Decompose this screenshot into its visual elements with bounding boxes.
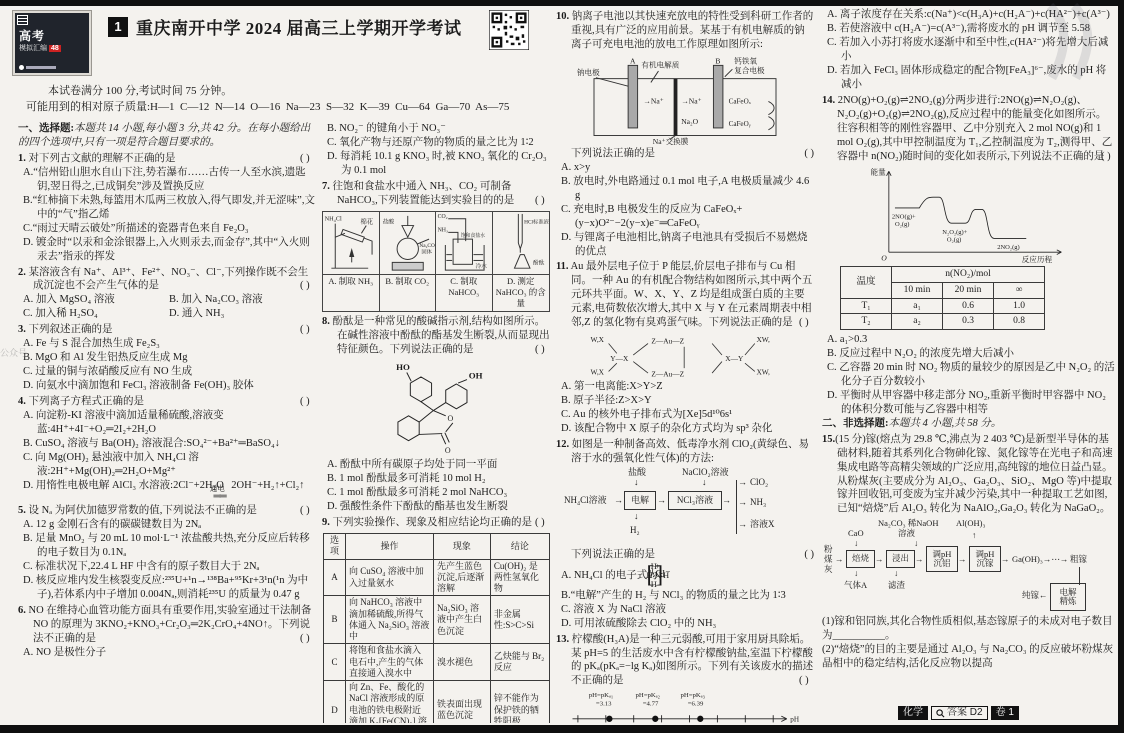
question-15: 15.(15 分)镓(熔点为 29.8 ℃,沸点为 2 403 ℃)是新型半导体… (822, 433, 1116, 672)
question-8-stem: 酚酞是一种常见的酸碱指示剂,结构如图所示。在碱性溶液中酚酞的酯基发生断裂,从而显… (333, 316, 550, 355)
question-14: 14. 2NO(g)+O₂(g)⇌2NO₂(g)分两步进行:2NO(g)⇌N₂O… (822, 94, 1116, 417)
gold-complex-structure: W,X Y—X W,X Z—Au—Z Z—Au—Z X—Y XW, XW, (587, 332, 783, 378)
section-1-label: 一、选择题: (18, 123, 74, 134)
q2-option-d: D. 通入 NH₃ (169, 307, 315, 321)
svg-text:CO₂: CO₂ (438, 214, 448, 220)
q1-option-a: A.“信州铅山胆水自山下注,势若瀑布……古传一人至水滨,遗匙钥,翌日得之,已成铜… (23, 166, 315, 194)
nahco3-synthesis-diagram: CO₂ NH₃ 饱和食盐水 冷水 (436, 212, 492, 274)
svg-text:NH₄Cl: NH₄Cl (325, 215, 342, 222)
q8-option-b: B. 1 mol 酚酞最多可消耗 10 mol H₂ (327, 472, 550, 486)
q12-option-c: C. 溶液 X 为 NaCl 溶液 (561, 603, 814, 617)
clo2-flowchart: 盐酸 ↓ NaClO₂溶液 ↓ NH₄Cl溶液 → 电解 → NCl₃溶液 → … (564, 468, 814, 546)
question-14-stem: 2NO(g)+O₂(g)⇌2NO₂(g)分两步进行:2NO(g)⇌N₂O₂(g)… (837, 95, 1112, 162)
q8-option-a: A. 酚酞中所有碳原子均处于同一平面 (327, 458, 550, 472)
svg-text:固体: 固体 (421, 247, 432, 255)
experiment-table: 选项操作 现象结论 A向 CuSO₄ 溶液中加入过量氨水先产生蓝色沉淀,后逐渐溶… (323, 533, 550, 723)
q11-option-c: C. Au 的核外电子排布式为[Xe]5d¹⁰6s¹ (561, 408, 814, 422)
cover-number-badge: 48 (49, 45, 61, 52)
svg-text:钠电极: 钠电极 (577, 67, 600, 77)
paper-instructions: 本试卷满分 100 分,考试时间 75 分钟。 可能用到的相对原子质量:H—1 … (26, 84, 548, 116)
question-13-stem: 柠檬酸(H₃A)是一种三元弱酸,可用于家用厨具除垢。某 pH=5 的生活废水中含… (571, 634, 813, 687)
column-4: A. 离子浓度存在关系:c(Na⁺)<c(H₃A)+c(H₂A⁻)+c(HA²⁻… (822, 8, 1116, 723)
panel-a-caption: A. 制取 NH₃ (323, 274, 379, 297)
q6-option-a: A. NO 是极性分子 (23, 646, 315, 660)
question-3: 3. 下列叙述正确的是( ) A. Fe 与 S 混合加热生成 Fe₂S₃ B.… (18, 323, 315, 393)
svg-text:HO: HO (396, 362, 410, 372)
apparatus-panels: NH₄Cl 棉花 A. 制取 NH₃ 盐酸 (322, 211, 550, 312)
apparatus-panel-a: NH₄Cl 棉花 A. 制取 NH₃ (323, 212, 380, 311)
q6-option-d: D. 每消耗 10.1 g KNO₃ 时,被 KNO₃ 氧化的 Cr₂O₃ 为 … (327, 150, 550, 178)
q1-option-d: D. 镀金时“以汞和金涂银器上,入火则汞去,而金存”,其中“入火则汞去”指汞的挥… (23, 236, 315, 264)
exam-duration-line: 本试卷满分 100 分,考试时间 75 分钟。 (26, 84, 548, 100)
cover-brand-mark (19, 65, 56, 70)
svg-text:O: O (881, 254, 887, 263)
q15-sub-1: (1)镓和铝同族,其化合物性质相似,基态镓原子的未成对电子数目为________… (822, 615, 1116, 643)
table-row: B向 NaHCO₃ 溶液中滴加稀硫酸,所得气体通入 Na₂SiO₃ 溶液中Na₂… (324, 596, 550, 644)
svg-text:O: O (448, 415, 454, 424)
q5-option-c: C. 标准状况下,22.4 L HF 中含有的原子数目大于 2Nₐ (23, 560, 315, 574)
svg-text:=6.39: =6.39 (688, 701, 704, 708)
question-2: 2. 某溶液含有 Na⁺、Al³⁺、Fe²⁺、NO₃⁻、Cl⁻,下列操作既不会生… (18, 266, 315, 322)
q10-option-a: A. x>y (561, 161, 814, 175)
svg-text:Na₂CO₃: Na₂CO₃ (419, 243, 435, 249)
q12-option-a: A. NH₄Cl 的电子式为 [HH∶N∶HH]+Cl⁻ (561, 562, 814, 589)
svg-text:Z—Au—Z: Z—Au—Z (651, 337, 684, 346)
answer-reference: 答案 D2 (931, 706, 988, 720)
question-15-stem: (15 分)镓(熔点为 29.8 ℃,沸点为 2 403 ℃)是新型半导体的基础… (835, 434, 1113, 515)
svg-text:=3.13: =3.13 (596, 701, 612, 708)
table-row: D向 Zn、Fe、酸化的 NaCl 溶液形成的原电池的铁电极附近滴加 K₃[Fe… (324, 681, 550, 723)
q3-option-a: A. Fe 与 S 混合加热生成 Fe₂S₃ (23, 337, 315, 351)
question-1: 1. 对下列古文献的理解不正确的是( ) A.“信州铅山胆水自山下注,势若瀑布…… (18, 152, 315, 264)
q12-option-d: D. 可用浓硫酸除去 ClO₂ 中的 NH₃ (561, 617, 814, 631)
q11-option-a: A. 第一电离能:X>Y>Z (561, 380, 814, 394)
question-4-stem: 下列离子方程式正确的是 (29, 396, 145, 407)
question-10-stem: 钠离子电池以其快速充放电的特性受到科研工作者的重视,具有广泛的应用前景。某基于有… (571, 11, 813, 50)
question-6-stem: NO 在维持心血管功能方面具有重要作用,实验室通过干法制备 NO 的原理为 3K… (29, 605, 312, 644)
paper-number-badge: 1 (108, 17, 128, 37)
q11-option-b: B. 原子半径:Z>X>Y (561, 394, 814, 408)
panel-c-caption: C. 制取 NaHCO₃ (436, 274, 492, 300)
svg-text:2NO₂(g): 2NO₂(g) (997, 245, 1019, 252)
svg-text:HCl标准液: HCl标准液 (524, 217, 549, 225)
section-1-heading: 一、选择题:本题共 14 小题,每小题 3 分,共 42 分。在每小题给出的四个… (18, 122, 315, 150)
apparatus-panel-d: HCl标准液 酚酞 D. 测定 NaHCO₃ 的含量 (493, 212, 550, 311)
cover-title: 高考 (19, 27, 45, 44)
section-2-text: 本题共 4 小题,共 58 分。 (889, 418, 1002, 429)
svg-text:pH=pKₐ₂: pH=pKₐ₂ (636, 693, 661, 700)
electrolysis-box: 电解 (624, 491, 656, 510)
question-9: 9. 下列实验操作、现象及相应结论均正确的是( ) 选项操作 现象结论 A向 C… (322, 516, 550, 723)
svg-text:pH=pKₐ₃: pH=pKₐ₃ (681, 693, 706, 700)
bottom-border-bar (0, 725, 1124, 733)
no2-amount-table: 温度n(NO₂)/mol 10 min20 min∞ T₁a₁0.61.0 T₂… (840, 266, 1045, 330)
svg-text:酚酞: 酚酞 (532, 258, 544, 266)
svg-text:盐酸: 盐酸 (382, 217, 394, 225)
svg-text:Z—Au—Z: Z—Au—Z (651, 370, 684, 379)
svg-text:NH₃: NH₃ (438, 227, 448, 233)
svg-text:复合电极: 复合电极 (734, 65, 765, 75)
q15-sub-2: (2)“焙烧”的目的主要是通过 Al₂O₃ 与 Na₂CO₃ 的反应破坏粉煤灰晶… (822, 643, 1116, 671)
question-13: 13. 柠檬酸(H₃A)是一种三元弱酸,可用于家用厨具除垢。某 pH=5 的生活… (556, 633, 814, 723)
q2-option-a: A. 加入 MgSO₄ 溶液 (23, 293, 169, 307)
q2-option-b: B. 加入 Na₂CO₃ 溶液 (169, 293, 315, 307)
ncl3-solution-box: NCl₃溶液 (668, 491, 722, 510)
q10-option-d: D. 与锂离子电池相比,钠离子电池具有受损后不易燃烧的优点 (561, 231, 814, 259)
svg-text:Na⁺交换膜: Na⁺交换膜 (653, 136, 689, 145)
column-1: 一、选择题:本题共 14 小题,每小题 3 分,共 42 分。在每小题给出的四个… (18, 122, 315, 723)
question-11-stem: Au 最外层电子位于 P 能层,价层电子排布与 Cu 相同。一种 Au 的有机配… (571, 261, 813, 328)
q6-option-b: B. NO₂⁻ 的键角小于 NO₃⁻ (327, 122, 550, 136)
booklet-cover-thumbnail: 高考 模拟汇编 48 (12, 10, 92, 76)
gallium-process-flowchart: CaO ↓ Na₂CO₃ 稀NaOH 溶液 ↓ Al(OH)₃ ↑ 粉 煤 灰 … (822, 519, 1116, 615)
question-11: 11. Au 最外层电子位于 P 能层,价层电子排布与 Cu 相同。一种 Au … (556, 260, 814, 436)
panel-b-caption: B. 制取 CO₂ (380, 274, 436, 297)
svg-text:=4.77: =4.77 (643, 701, 659, 708)
q5-option-a: A. 12 g 金刚石含有的碳碳键数目为 2Nₐ (23, 518, 315, 532)
svg-text:XW,: XW, (756, 335, 770, 344)
atomic-mass-line: 可能用到的相对原子质量:H—1 C—12 N—14 O—16 Na—23 S—3… (26, 100, 548, 116)
svg-text:pH: pH (790, 716, 799, 723)
subject-badge: 化学 (898, 706, 928, 720)
table-row: T₂a₂0.30.8 (841, 314, 1045, 330)
q3-option-b: B. MgO 和 Al 发生铝热反应生成 Mg (23, 351, 315, 365)
volume-badge: 卷 1 (991, 706, 1019, 720)
electron-dot-formula: [HH∶N∶HH]+Cl⁻ (660, 562, 670, 589)
question-9-stem: 下列实验操作、现象及相应结论均正确的是 (333, 517, 533, 528)
svg-text:CaFeOₓ: CaFeOₓ (729, 97, 752, 105)
titration-diagram: HCl标准液 酚酞 (493, 212, 550, 274)
cover-series: 模拟汇编 (19, 43, 47, 53)
right-border-bar (1118, 0, 1124, 733)
phenolphthalein-structure: HO OH O O (382, 357, 490, 457)
column-3: 10. 钠离子电池以其快速充放电的特性受到科研工作者的重视,具有广泛的应用前景。… (556, 8, 814, 723)
question-6: 6. NO 在维持心血管功能方面具有重要作用,实验室通过干法制备 NO 的原理为… (18, 604, 315, 660)
q10-option-c: C. 充电时,B 电极发生的反应为 CaFeOₓ+(y−x)O²⁻−2(y−x)… (561, 203, 814, 231)
title-bar: 1 重庆南开中学 2024 届高三上学期开学考试 (108, 14, 484, 39)
top-border-bar (0, 0, 1124, 6)
ammonia-generator-diagram: NH₄Cl 棉花 (323, 212, 379, 274)
question-3-stem: 下列叙述正确的是 (29, 324, 113, 335)
page-footer: 化学 答案 D2 卷 1 (898, 706, 1019, 720)
svg-text:W,X: W,X (591, 335, 605, 344)
section-2-heading: 二、非选择题:本题共 4 小题,共 58 分。 (822, 417, 1116, 431)
cover-mini-logo (17, 15, 28, 25)
q4-option-b: B. CuSO₄ 溶液与 Ba(OH)₂ 溶液混合:SO₄²⁻+Ba²⁺═BaS… (23, 437, 315, 451)
exam-paper-page: 高考 模拟汇编 48 1 重庆南开中学 2024 届高三上学期开学考试 本试 (0, 0, 1124, 733)
apparatus-panel-c: CO₂ NH₃ 饱和食盐水 冷水 C. 制取 NaHCO₃ (436, 212, 493, 311)
table-header-row: 温度n(NO₂)/mol (841, 267, 1045, 283)
question-12: 12. 如图是一种制备高效、低毒净水剂 ClO₂(黄绿色、易溶于水的强氧化性气体… (556, 438, 814, 630)
question-12-stem: 如图是一种制备高效、低毒净水剂 ClO₂(黄绿色、易溶于水的强氧化性气体)的方法… (571, 439, 809, 464)
question-5-stem: 设 Nₐ 为阿伏加德罗常数的值,下列说法不正确的是 (29, 505, 257, 516)
q1-option-c: C.“雨过天晴云破处”所描述的瓷器青色来自 Fe₂O₃ (23, 222, 315, 236)
q14-option-a: A. a₁>0.3 (827, 333, 1116, 347)
apparatus-panel-b: 盐酸 Na₂CO₃ 固体 B. 制取 CO₂ (380, 212, 437, 311)
question-7: 7. 往饱和食盐水中通入 NH₃、CO₂ 可制备 NaHCO₃,下列装置能达到实… (322, 180, 550, 312)
svg-text:钙铁氧: 钙铁氧 (734, 55, 757, 65)
sodium-battery-diagram: A B 钠电极 有机电解质 钙铁氧 复合电极 →Na⁺ →Na⁺ Na₂O Ca… (575, 54, 795, 145)
energy-profile-chart: 能量 O 反应历程 2NO(g)+ O₂(g) N₂O₂(g)+ O₂(g) 2… (869, 165, 1069, 263)
svg-text:有机电解质: 有机电解质 (641, 59, 679, 69)
co2-generator-diagram: 盐酸 Na₂CO₃ 固体 (380, 212, 436, 274)
svg-text:CaFeOᵧ: CaFeOᵧ (729, 120, 751, 128)
q1-option-b: B.“红柿摘下未熟,每篮用木瓜两三枚放入,得气即发,并无涩味”,文中的“气”指乙… (23, 194, 315, 222)
svg-text:2NO(g)+: 2NO(g)+ (892, 214, 916, 221)
svg-text:O₂(g): O₂(g) (947, 237, 961, 244)
question-10: 10. 钠离子电池以其快速充放电的特性受到科研工作者的重视,具有广泛的应用前景。… (556, 10, 814, 258)
svg-text:A: A (630, 56, 636, 65)
svg-text:O₂(g): O₂(g) (895, 222, 909, 229)
question-5: 5. 设 Nₐ 为阿伏加德罗常数的值,下列说法不正确的是( ) A. 12 g … (18, 504, 315, 602)
q14-option-b: B. 反应过程中 N₂O₂ 的浓度先增大后减小 (827, 347, 1116, 361)
svg-text:O: O (445, 447, 451, 456)
q5-option-d: D. 核反应堆内发生核裂变反应:²³⁵U+¹n→¹³⁸Ba+⁹⁵Kr+3¹n(¹… (23, 574, 315, 602)
q12-ask: 下列说法正确的是( ) (556, 548, 814, 562)
svg-text:Y—X: Y—X (610, 354, 629, 363)
q3-option-d: D. 向氨水中滴加饱和 FeCl₃ 溶液制备 Fe(OH)₃ 胶体 (23, 379, 315, 393)
q12-option-b: B.“电解”产生的 H₂ 与 NCl₃ 的物质的量之比为 1∶3 (561, 589, 814, 603)
svg-text:OH: OH (469, 371, 483, 381)
q8-option-c: C. 1 mol 酚酞最多可消耗 2 mol NaHCO₃ (327, 486, 550, 500)
svg-text:pH=pKₐ₁: pH=pKₐ₁ (589, 693, 614, 700)
left-watermark: 公众号 (0, 346, 27, 359)
q5-option-b: B. 足量 MnO₂ 与 20 mL 10 mol·L⁻¹ 浓盐酸共热,充分反应… (23, 532, 315, 560)
svg-text:冷水: 冷水 (475, 262, 487, 270)
svg-text:N₂O₂(g)+: N₂O₂(g)+ (942, 229, 967, 236)
svg-text:能量: 能量 (871, 167, 887, 177)
question-7-stem: 往饱和食盐水中通入 NH₃、CO₂ 可制备 NaHCO₃,下列装置能达到实验目的… (333, 181, 515, 206)
q8-option-d: D. 强酸性条件下酚酞的酯基也发生断裂 (327, 500, 550, 514)
q3-option-c: C. 过量的铜与浓硝酸反应有 NO 生成 (23, 365, 315, 379)
q4-option-d: D. 用惰性电极电解 AlCl₃ 水溶液:2Cl⁻+2H₂O通电══2OH⁻+H… (23, 479, 315, 503)
question-1-stem: 对下列古文献的理解不正确的是 (29, 153, 176, 164)
column-2: B. NO₂⁻ 的键角小于 NO₃⁻ C. 氧化产物与还原产物的物质的量之比为 … (322, 122, 550, 723)
pka-number-line: pH=pKₐ₁ =3.13 pH=pKₐ₂ =4.77 pH=pKₐ₃ =6.3… (567, 690, 803, 723)
svg-text:XW,: XW, (756, 368, 770, 377)
table-row: A向 CuSO₄ 溶液中加入过量氨水先产生蓝色沉淀,后逐渐溶解Cu(OH)₂ 是… (324, 559, 550, 596)
svg-text:X—Y: X—Y (725, 354, 744, 363)
q14-option-d: D. 平衡时从甲容器中移走部分 NO₂,重新平衡时甲容器中 NO₂ 的体积分数可… (827, 389, 1116, 417)
q10-ask: 下列说法正确的是( ) (556, 147, 814, 161)
page-title: 重庆南开中学 2024 届高三上学期开学考试 (136, 14, 462, 39)
publisher-watermark-icon (1032, 2, 1102, 86)
panel-d-caption: D. 测定 NaHCO₃ 的含量 (493, 274, 550, 311)
svg-text:棉花: 棉花 (360, 216, 373, 225)
table-row: T₁a₁0.61.0 (841, 298, 1045, 314)
svg-text:反应历程: 反应历程 (1022, 255, 1053, 264)
q4-option-c: C. 向 Mg(OH)₂ 悬浊液中加入 NH₄Cl 溶液:2H⁺+Mg(OH)₂… (23, 451, 315, 479)
magnifier-icon (936, 709, 945, 718)
q4-option-a: A. 向淀粉-KI 溶液中滴加适量稀硫酸,溶液变蓝:4H⁺+4I⁻+O₂═2I₂… (23, 409, 315, 437)
question-4: 4. 下列离子方程式正确的是( ) A. 向淀粉-KI 溶液中滴加适量稀硫酸,溶… (18, 395, 315, 502)
section-2-label: 二、非选择题: (822, 418, 889, 429)
question-8: 8. 酚酞是一种常见的酸碱指示剂,结构如图所示。在碱性溶液中酚酞的酯基发生断裂,… (322, 315, 550, 515)
q2-option-c: C. 加入稀 H₂SO₄ (23, 307, 169, 321)
svg-text:→Na⁺: →Na⁺ (681, 96, 701, 105)
svg-text:Na₂O: Na₂O (681, 117, 698, 126)
q10-option-b: B. 放电时,外电路通过 0.1 mol 电子,A 电极质量减少 4.6 g (561, 175, 814, 203)
qr-code-icon (489, 10, 529, 50)
svg-text:饱和食盐水: 饱和食盐水 (461, 232, 485, 239)
table-header-row: 选项操作 现象结论 (324, 534, 550, 560)
question-2-stem: 某溶液含有 Na⁺、Al³⁺、Fe²⁺、NO₃⁻、Cl⁻,下列操作既不会生成沉淀… (29, 267, 309, 292)
table-row: C将饱和食盐水滴入电石中,产生的气体直接通入溴水中溴水褪色乙炔能与 Br₂ 反应 (324, 644, 550, 681)
q11-option-d: D. 该配合物中 X 原子的杂化方式均为 sp³ 杂化 (561, 422, 814, 436)
svg-text:→Na⁺: →Na⁺ (643, 96, 663, 105)
svg-text:B: B (715, 56, 720, 65)
q6-option-c: C. 氧化产物与还原产物的物质的量之比为 1∶2 (327, 136, 550, 150)
q14-option-c: C. 乙容器 20 min 时 NO₂ 物质的量较少的原因是乙中 N₂O₂ 的活… (827, 361, 1116, 389)
svg-text:W,X: W,X (591, 368, 605, 377)
